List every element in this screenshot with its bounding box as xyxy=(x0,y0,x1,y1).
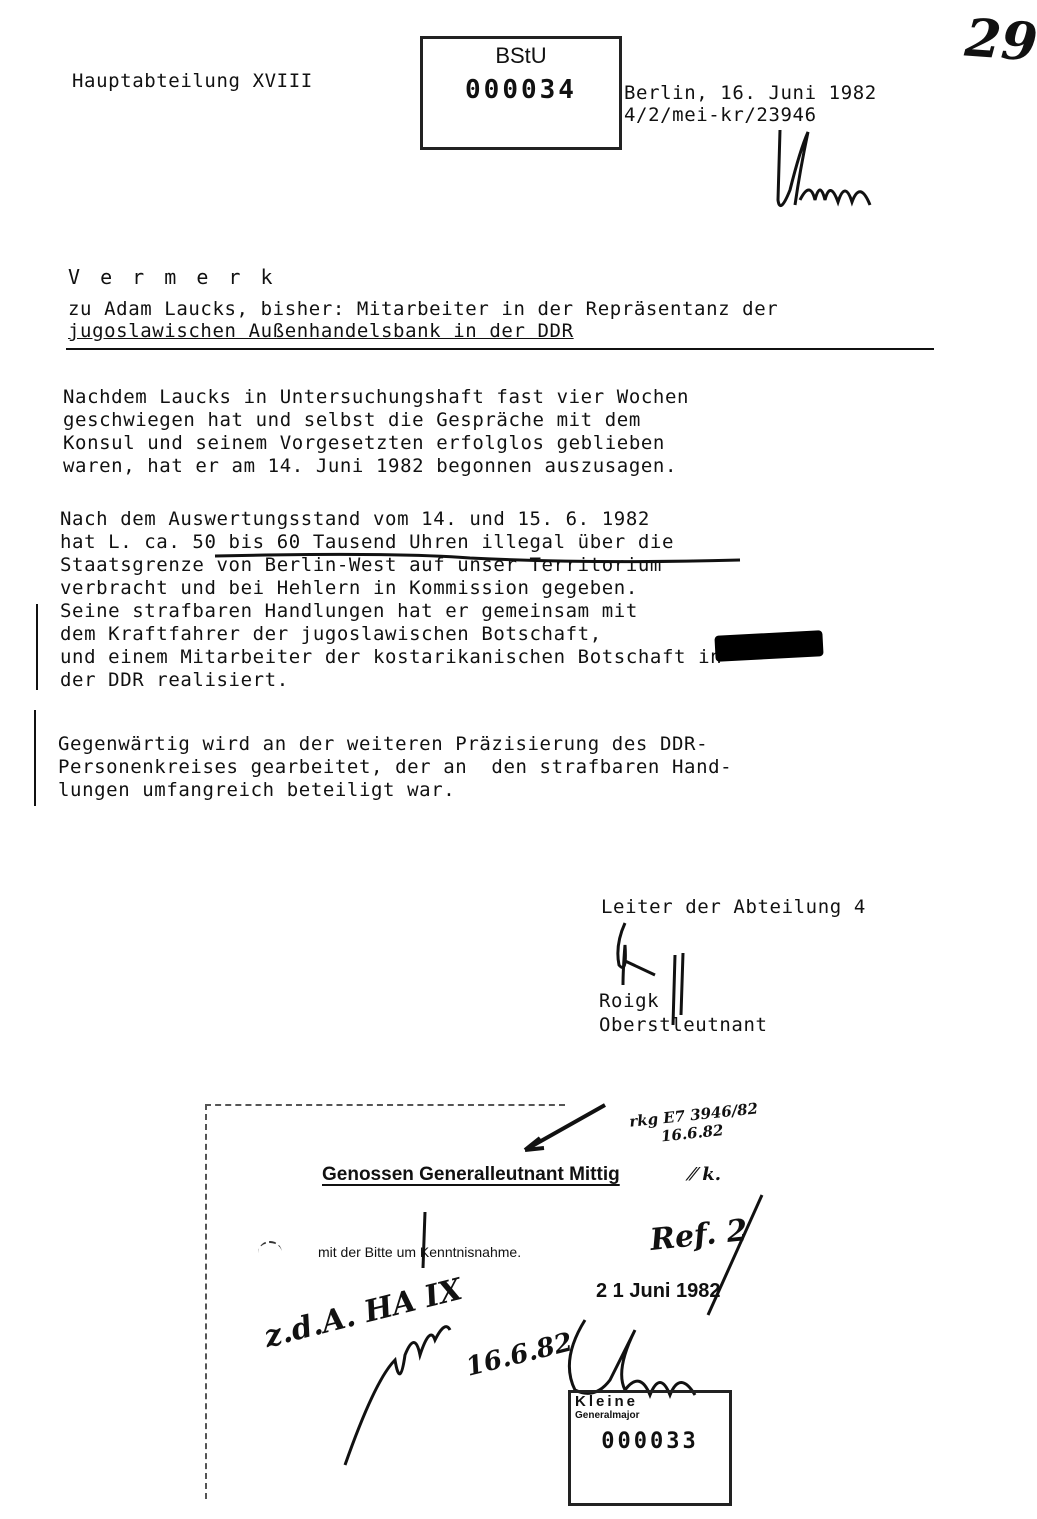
stamp-number: 000033 xyxy=(571,1429,729,1454)
archive-stamp-bottom: Kleine Generalmajor 000033 xyxy=(568,1390,732,1506)
margin-marker xyxy=(36,604,38,690)
paragraph-1: Nachdem Laucks in Untersuchungshaft fast… xyxy=(63,386,689,478)
tick-mark-icon xyxy=(415,1210,435,1270)
signature-scrawl-icon xyxy=(335,1300,555,1470)
handwritten-initials: ⁄⁄ k. xyxy=(690,1164,721,1185)
paragraph-line: geschwiegen hat und selbst die Gespräche… xyxy=(63,409,689,432)
stamp-label: BStU xyxy=(423,43,619,69)
paragraph-line: Seine strafbaren Handlungen hat er gemei… xyxy=(60,600,722,623)
archive-stamp-top: BStU 000034 xyxy=(420,36,622,150)
redaction-bar xyxy=(714,630,823,662)
paragraph-line: Konsul und seinem Vorgesetzten erfolglos… xyxy=(63,432,689,455)
paragraph-line: Personenkreises gearbeitet, der an den s… xyxy=(58,756,732,779)
signatory-rank-stamp: Generalmajor xyxy=(571,1410,729,1421)
paragraph-3: Gegenwärtig wird an der weiteren Präzisi… xyxy=(58,733,732,802)
page-number-handwritten: 29 xyxy=(963,8,1037,74)
paragraph-line: verbracht und bei Hehlern in Kommission … xyxy=(60,577,722,600)
handwritten-underline-icon xyxy=(140,550,760,570)
paragraph-line: Gegenwärtig wird an der weiteren Präzisi… xyxy=(58,733,732,756)
routing-slip-border xyxy=(205,1104,207,1499)
paragraph-line: Nachdem Laucks in Untersuchungshaft fast… xyxy=(63,386,689,409)
memo-subject-line2: jugoslawischen Außenhandelsbank in der D… xyxy=(68,320,574,343)
margin-marker xyxy=(34,710,36,806)
initials-signature-icon xyxy=(760,120,900,230)
stamp-number: 000034 xyxy=(423,75,619,105)
arrow-icon xyxy=(510,1100,610,1160)
paragraph-line: waren, hat er am 14. Juni 1982 begonnen … xyxy=(63,455,689,478)
paragraph-line: dem Kraftfahrer der jugoslawischen Botsc… xyxy=(60,623,722,646)
heading-rule xyxy=(66,348,934,350)
handwritten-ref-top: rkg E7 3946/82 16.6.82 xyxy=(628,1099,760,1148)
signatory-name-stamp: Kleine xyxy=(571,1393,729,1410)
memo-title: V e r m e r k xyxy=(68,266,277,289)
paragraph-line: Nach dem Auswertungsstand vom 14. und 15… xyxy=(60,508,722,531)
paragraph-line: und einem Mitarbeiter der kostarikanisch… xyxy=(60,646,722,669)
routing-recipient: Genossen Generalleutnant Mittig xyxy=(322,1164,620,1186)
paragraph-line: der DDR realisiert. xyxy=(60,669,722,692)
memo-subject-line1: zu Adam Laucks, bisher: Mitarbeiter in d… xyxy=(68,298,778,321)
signatory-name: Roigk xyxy=(599,990,659,1013)
paragraph-2: Nach dem Auswertungsstand vom 14. und 15… xyxy=(60,508,722,692)
department-label: Hauptabteilung XVIII xyxy=(72,70,313,93)
place-date: Berlin, 16. Juni 1982 xyxy=(624,82,877,105)
signatory-rank: Oberstleutnant xyxy=(599,1014,768,1037)
checkbox-circle-icon xyxy=(258,1241,282,1261)
paragraph-line: lungen umfangreich beteiligt war. xyxy=(58,779,732,802)
